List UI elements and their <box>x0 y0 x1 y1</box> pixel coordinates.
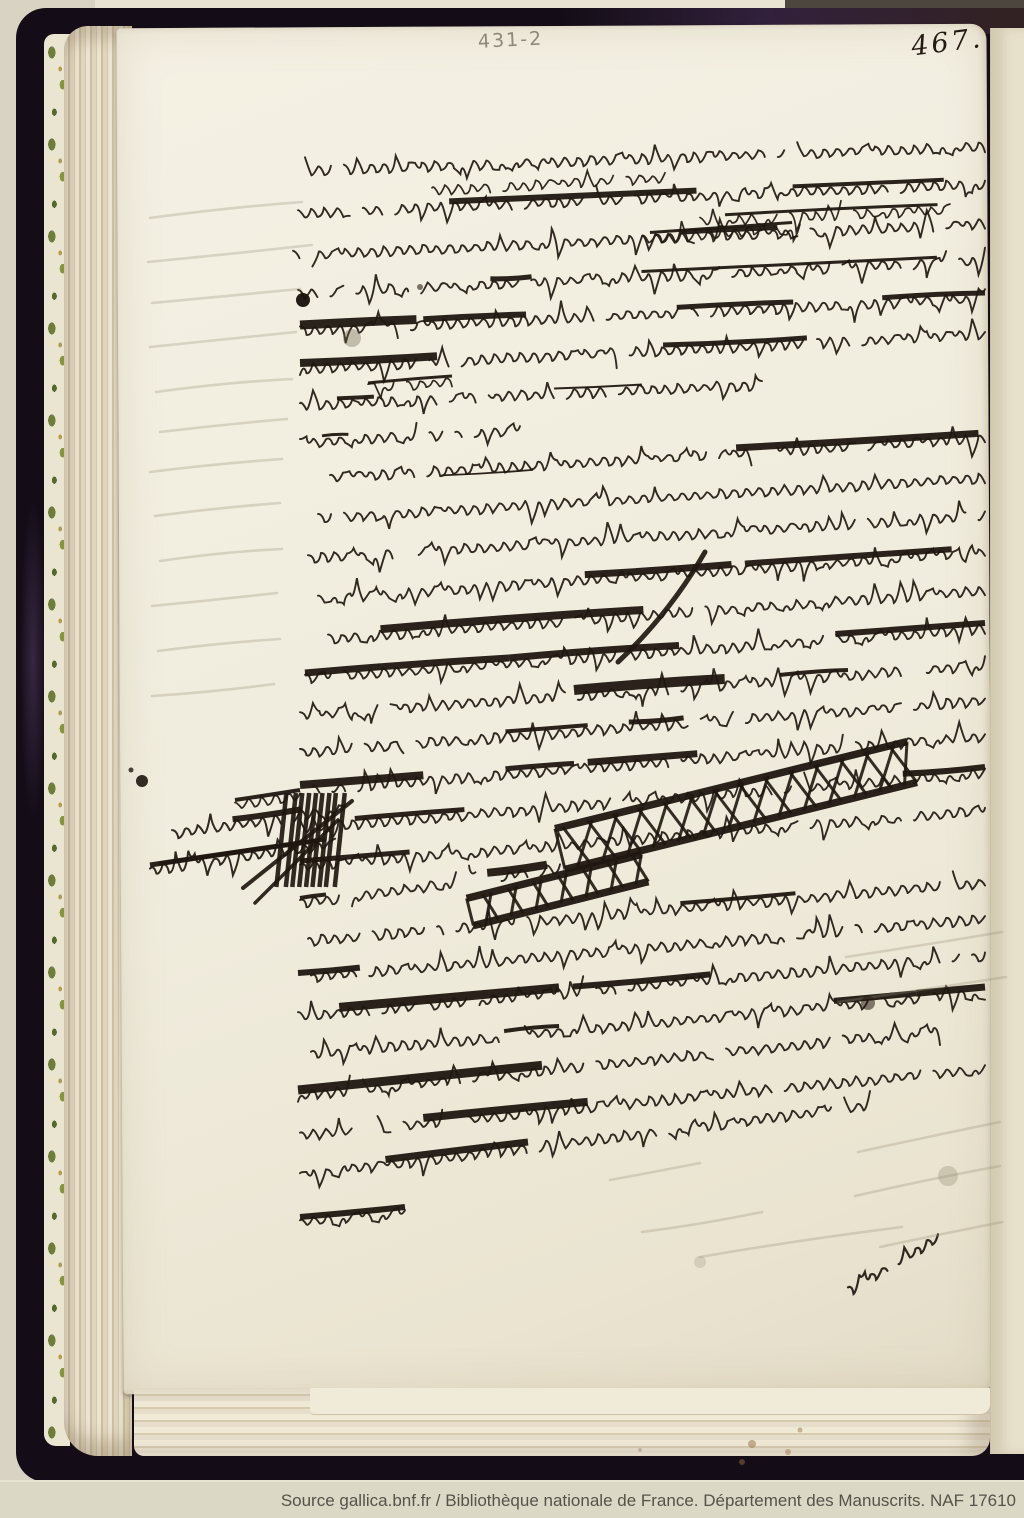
gallica-caption-bar: Source gallica.bnf.fr / Bibliothèque nat… <box>0 1480 1024 1518</box>
spine-sheen <box>20 500 46 820</box>
underlying-page-corner <box>310 1388 990 1415</box>
digitized-manuscript-photo: 467. 431-2 Source gallica.bnf.fr / Bibli… <box>0 0 1024 1518</box>
fore-edge-pages <box>990 28 1024 1454</box>
manuscript-page <box>116 24 993 1395</box>
gallica-source-attribution: Source gallica.bnf.fr / Bibliothèque nat… <box>281 1491 1024 1511</box>
